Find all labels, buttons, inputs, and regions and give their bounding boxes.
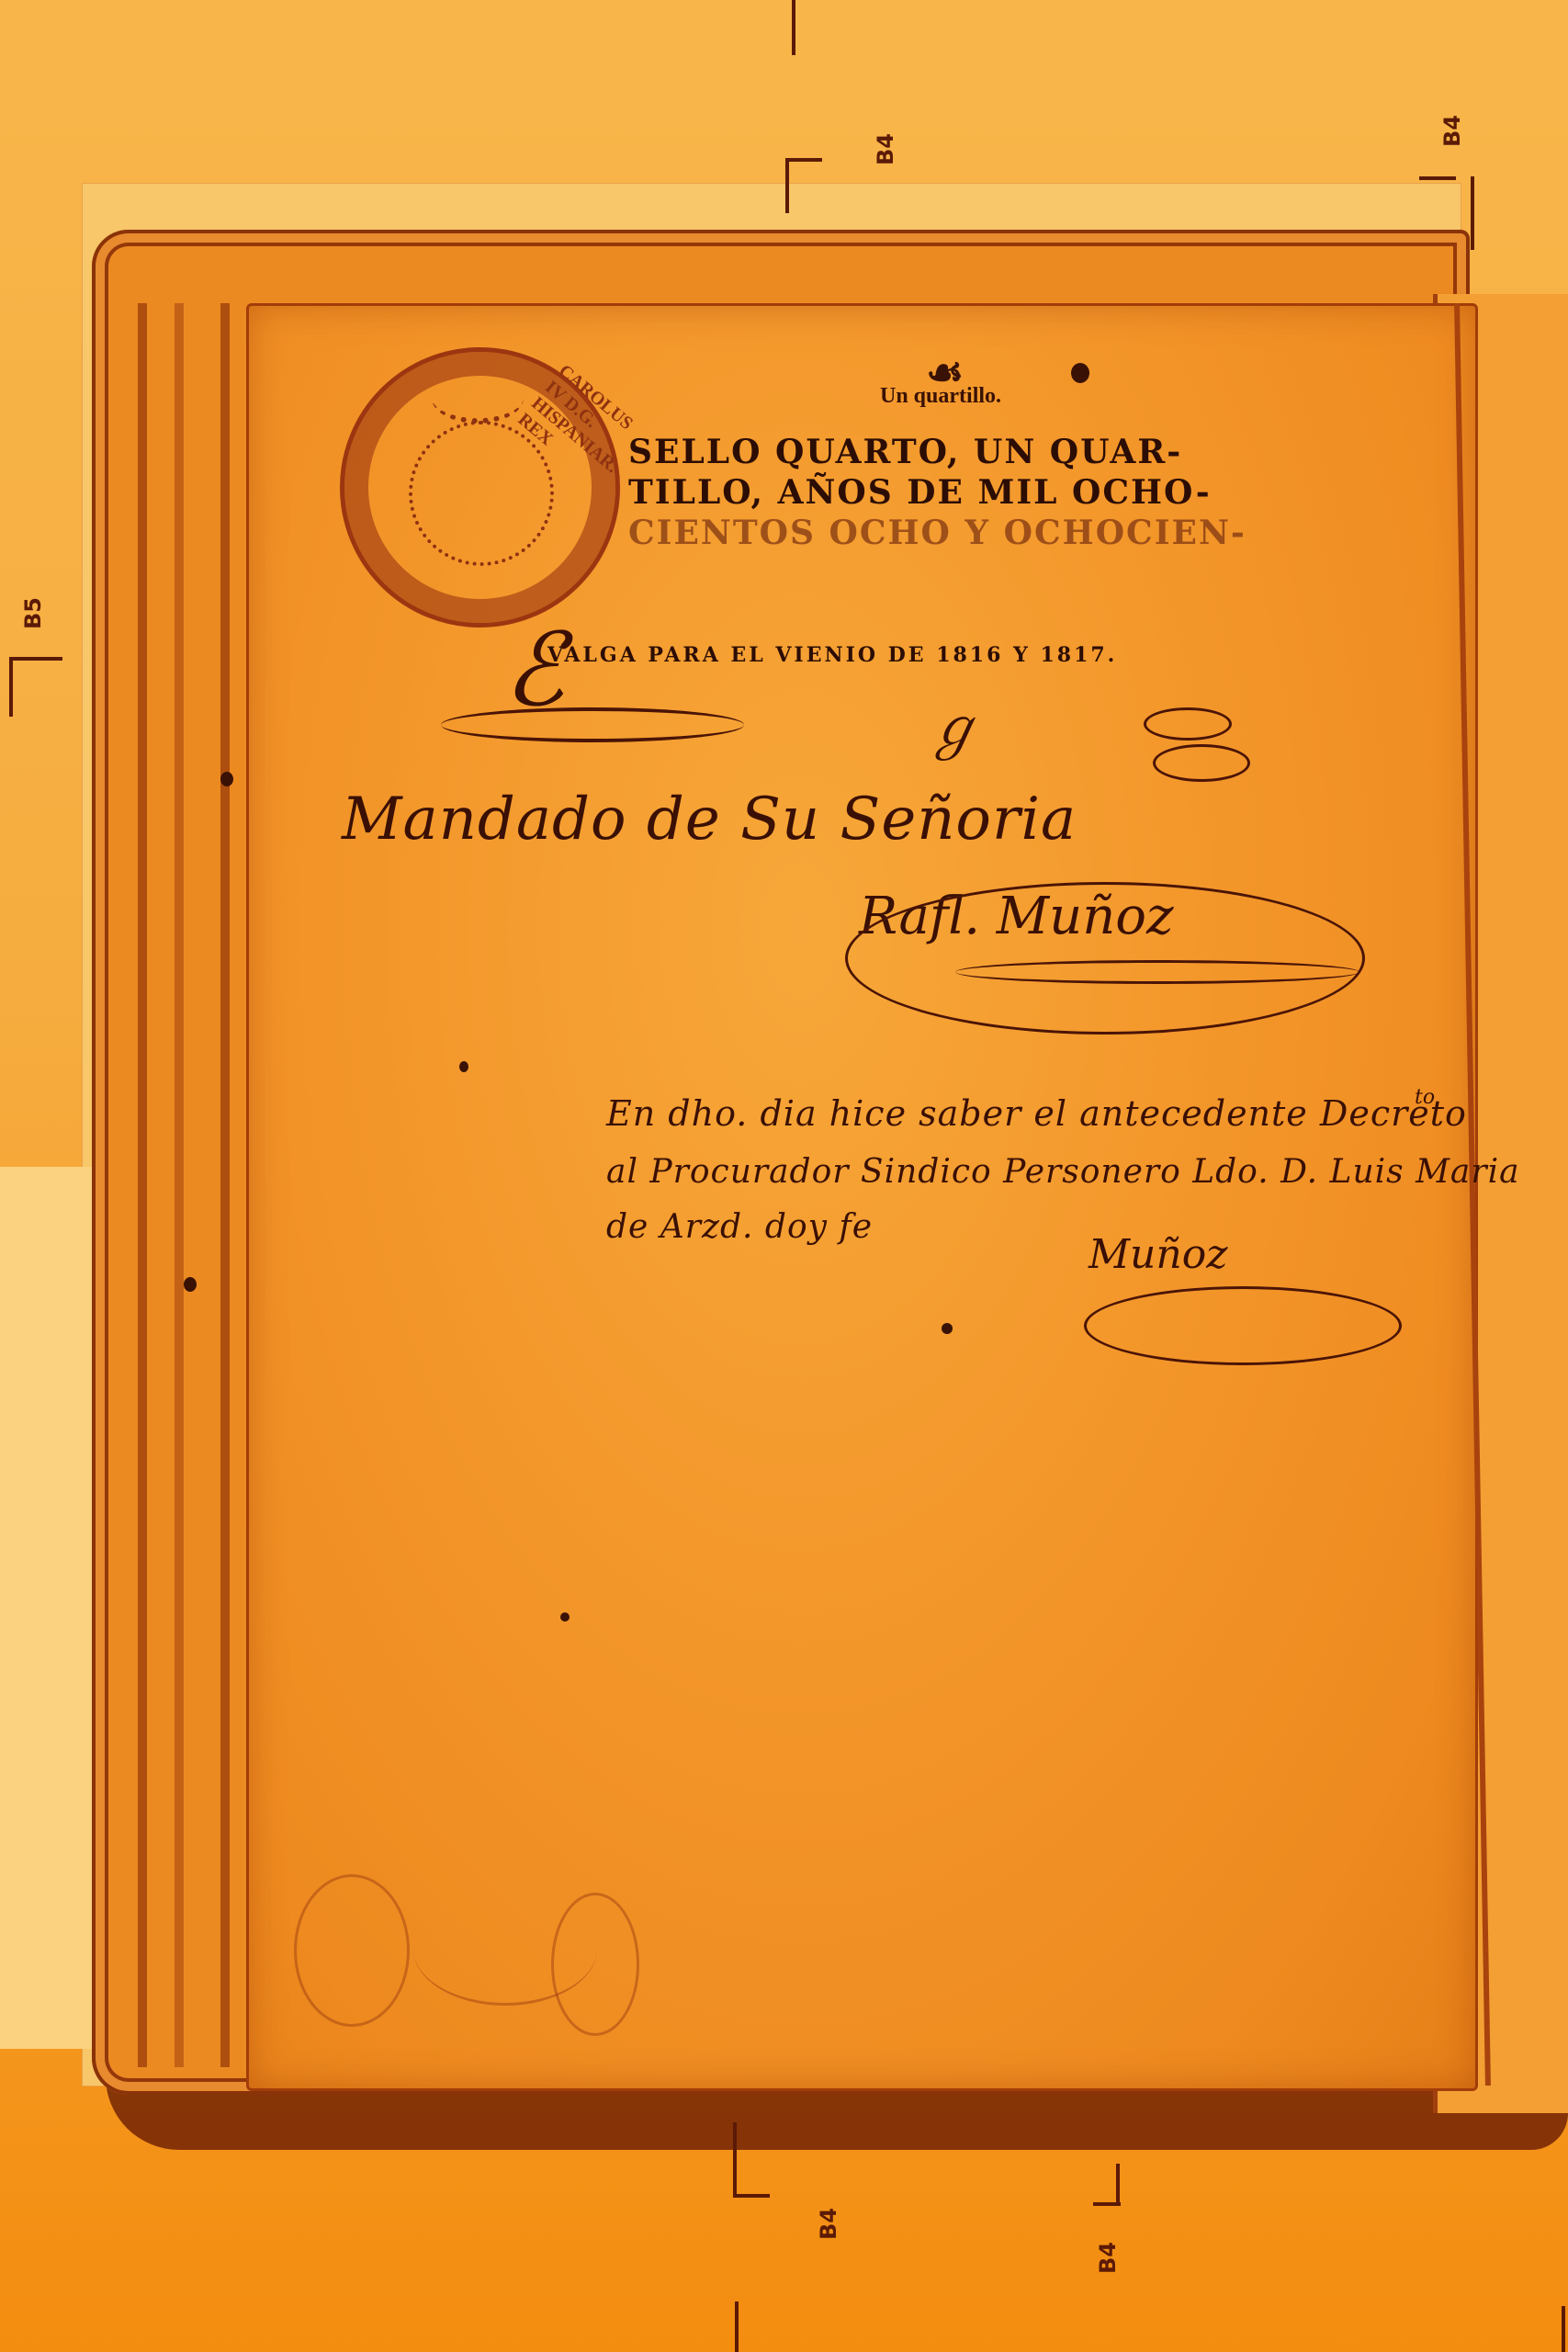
ink-spot xyxy=(184,1277,197,1292)
signature-flourish xyxy=(955,960,1359,984)
stamp-validity: Valga para el vienio de 1816 y 1817. xyxy=(547,643,1117,667)
ink-spot xyxy=(942,1323,953,1334)
handwritten-mandado: Mandado de Su Señoria xyxy=(342,786,1077,854)
ruler-label-top-right: B4 xyxy=(1439,115,1465,147)
crop-mark xyxy=(735,2301,739,2352)
handwritten-line: En dho. dia hice saber el antecedente De… xyxy=(606,1093,1467,1134)
crop-mark xyxy=(733,2122,737,2196)
crop-mark xyxy=(9,657,13,717)
crop-mark xyxy=(733,2194,770,2198)
crop-mark xyxy=(1093,2202,1121,2206)
royal-seal-stamp: CAROLUS IV D.G. HISPANIAR. REX xyxy=(340,347,620,628)
rubric-mark-icon: ℊ xyxy=(926,684,981,763)
stamp-text: Sello quarto, un quar- tillo, años de mi… xyxy=(628,432,1326,553)
handwritten-line: al Procurador Sindico Personero Ldo. D. … xyxy=(606,1153,1520,1191)
crop-mark xyxy=(9,657,62,661)
crop-mark xyxy=(1116,2164,1120,2205)
bleed-through-mark xyxy=(294,1874,410,2027)
superscript: to xyxy=(1415,1086,1435,1109)
seal-legend: CAROLUS IV D.G. HISPANIAR. REX xyxy=(344,352,615,623)
signature-2: Muñoz xyxy=(1089,1231,1227,1278)
ink-blot xyxy=(1071,363,1089,383)
ruler-label-top-left: B4 xyxy=(873,133,898,165)
crop-mark xyxy=(785,158,789,213)
page-edge xyxy=(138,303,147,2067)
rubric-loop xyxy=(1153,744,1250,782)
ruler-label-left: B5 xyxy=(20,597,46,629)
stamp-line: tillo, años de mil ocho- xyxy=(628,472,1326,513)
crop-mark xyxy=(792,0,795,55)
ruler-label-bottom-right: B4 xyxy=(1095,2242,1121,2274)
signature-flourish xyxy=(845,882,1365,1035)
stamp-line: cientos ocho y ochocien- xyxy=(628,513,1326,553)
rubric-loop xyxy=(1144,707,1232,741)
stamp-denomination: Un quartillo. xyxy=(880,384,1001,409)
page-edge xyxy=(175,303,184,2067)
ink-spot xyxy=(560,1612,570,1622)
page-edge xyxy=(220,303,230,2067)
stamp-line: Sello quarto, un quar- xyxy=(628,432,1326,472)
rubric-underline xyxy=(441,707,744,742)
ink-spot xyxy=(220,772,233,786)
signature-flourish xyxy=(1084,1286,1402,1365)
ruler-label-bottom-left: B4 xyxy=(816,2208,841,2240)
crop-mark xyxy=(1419,176,1456,180)
bleed-through-mark xyxy=(551,1893,639,2036)
crop-mark xyxy=(1562,2306,1565,2352)
ink-spot xyxy=(459,1061,468,1072)
crop-mark xyxy=(1471,176,1474,250)
handwritten-line: de Arzd. doy fe xyxy=(606,1208,873,1246)
crop-mark xyxy=(785,158,822,162)
